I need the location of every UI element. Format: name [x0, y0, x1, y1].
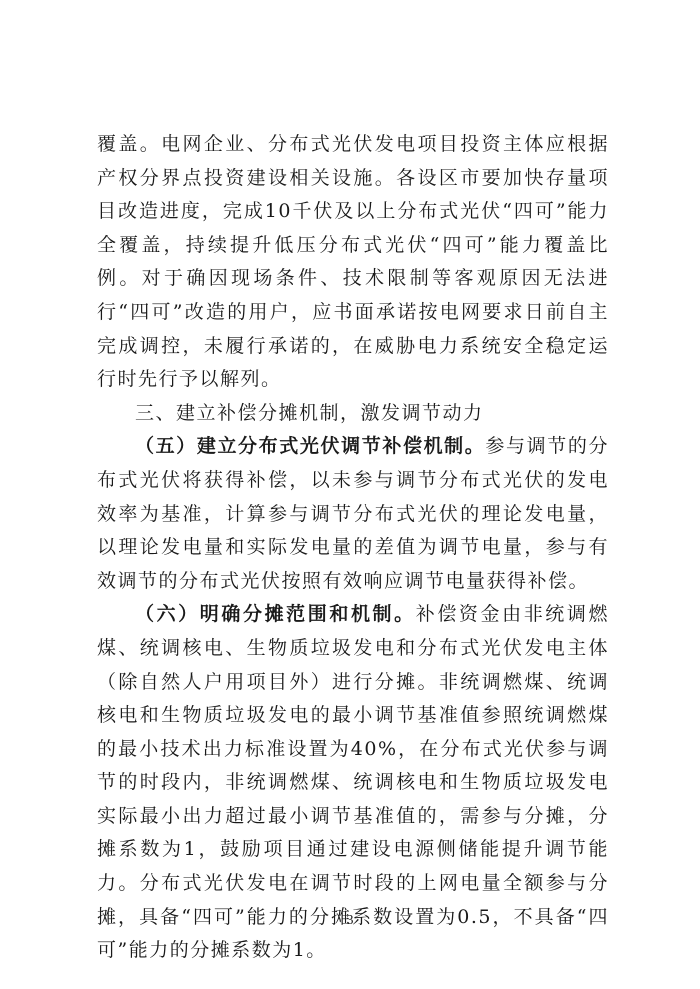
item-5-text: 参与调节的分布式光伏将获得补偿，以未参与调节分布式光伏的发电效率为基准，计算参与…	[97, 435, 609, 591]
paragraph-item-5: （五）建立分布式光伏调节补偿机制。参与调节的分布式光伏将获得补偿，以未参与调节分…	[97, 430, 609, 598]
item-6-text: 补偿资金由非统调燃煤、统调核电、生物质垃圾发电和分布式光伏发电主体（除自然人户用…	[97, 603, 609, 961]
paragraph-continuation: 覆盖。电网企业、分布式光伏发电项目投资主体应根据产权分界点投资建设相关设施。各设…	[97, 128, 609, 397]
page-number: 3	[0, 913, 700, 929]
item-6-title: （六）明确分摊范围和机制。	[135, 603, 416, 625]
item-5-title: （五）建立分布式光伏调节补偿机制。	[135, 435, 485, 457]
document-body: 覆盖。电网企业、分布式光伏发电项目投资主体应根据产权分界点投资建设相关设施。各设…	[97, 128, 609, 968]
section-heading: 三、建立补偿分摊机制，激发调节动力	[97, 397, 609, 431]
